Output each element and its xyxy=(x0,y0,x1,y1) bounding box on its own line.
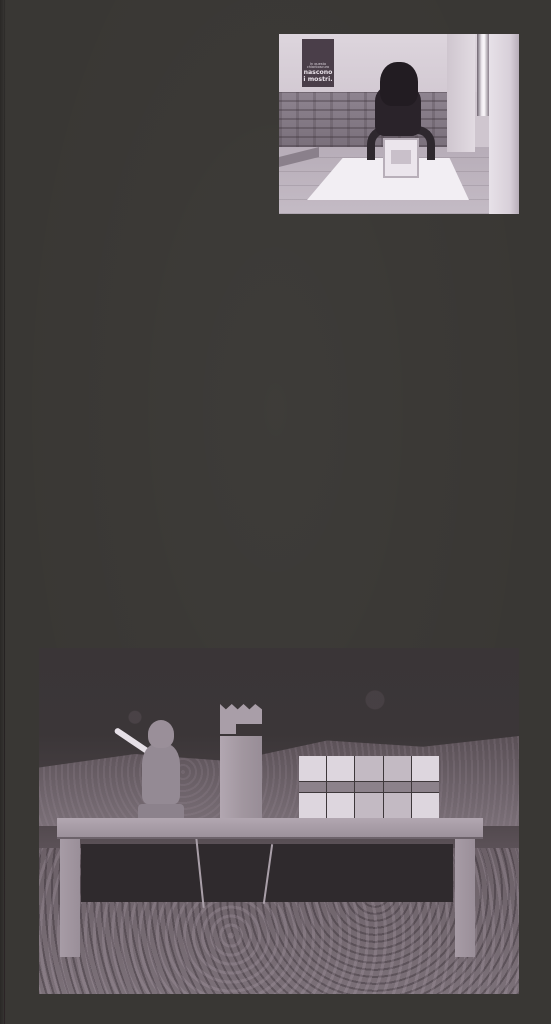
pillar xyxy=(447,34,475,152)
gnome-head xyxy=(148,720,174,748)
wall-poster: In questo chiarooscuro nascono i mostri. xyxy=(302,39,334,87)
block-stripe xyxy=(355,782,382,792)
bench-leg-left xyxy=(60,837,80,957)
gnome-base xyxy=(138,804,184,818)
block xyxy=(327,756,354,781)
block-stripe xyxy=(327,782,354,792)
white-stool xyxy=(383,138,419,178)
photo-garden-bench xyxy=(39,648,519,994)
block xyxy=(412,793,439,818)
king-post xyxy=(220,736,262,818)
block xyxy=(384,756,411,781)
wooden-king-piece xyxy=(220,704,262,818)
poster-line: chiarooscuro xyxy=(307,66,329,70)
person-hair xyxy=(380,62,418,106)
block xyxy=(412,756,439,781)
hedge xyxy=(39,736,519,826)
bench-leg-right xyxy=(455,837,475,957)
block xyxy=(299,756,326,781)
block-stripe xyxy=(384,782,411,792)
block-stripe xyxy=(412,782,439,792)
block-stripe xyxy=(299,782,326,792)
window xyxy=(477,34,489,116)
block xyxy=(384,793,411,818)
block xyxy=(355,793,382,818)
gnome-statue xyxy=(138,720,184,818)
block xyxy=(299,793,326,818)
bench-seat xyxy=(57,818,483,837)
photo-interior-performance: In questo chiarooscuro nascono i mostri. xyxy=(279,34,519,214)
block-stack xyxy=(299,756,439,818)
gnome-body xyxy=(142,744,180,804)
poster-line: i mostri. xyxy=(303,77,332,84)
block xyxy=(327,793,354,818)
block xyxy=(355,756,382,781)
right-wall xyxy=(489,34,519,214)
crown-notch xyxy=(236,724,262,736)
fold-line xyxy=(4,0,5,1024)
